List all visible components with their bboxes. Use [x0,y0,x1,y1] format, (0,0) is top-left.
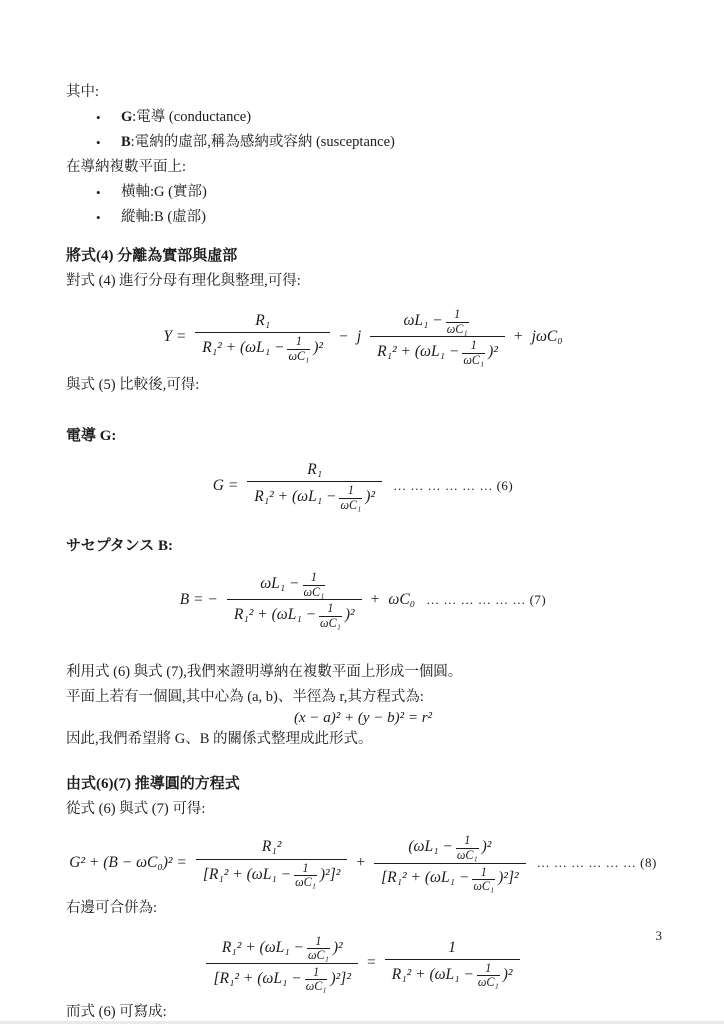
bracket-den-pre: [R₁² + (ωL₁ − [203,865,291,885]
den-post: )² [503,965,513,985]
fraction-merged-right: 1 R₁² + (ωL₁ − 1ωC₁ )² [385,937,520,990]
eq8-lhs: G² + (B − ωC₀)² = [69,854,187,872]
minus-operator: − [339,328,348,346]
num-pre: ωL₁ − [403,311,442,331]
plane-lead: 在導納複數平面上: [66,155,660,180]
definition-list: G:電導 (conductance) B:電納的虛部,稱為感納或容納 (susc… [66,105,660,155]
num-r1: R₁ [307,460,322,480]
formula-susceptance: B = − ωL₁ − 1ωC₁ R₁² + (ωL₁ − 1ωC₁ )² + … [66,569,660,630]
bracket-den-post: )²]² [498,868,519,888]
num-pre: R₁² + (ωL₁ − [222,938,304,958]
term-b: B [121,134,131,150]
document-page: 其中: G:電導 (conductance) B:電納的虛部,稱為感納或容納 (… [0,0,724,1024]
den-post: )² [345,605,355,625]
b-lhs: B = − [180,591,218,609]
heading-susceptance: サセプタンス B: [66,534,660,559]
y-lhs: Y = [163,328,186,346]
fraction-conductance: R₁ R₁² + (ωL₁ − 1ωC₁ )² [247,459,382,512]
equals-operator: = [367,954,376,972]
paren-num-post: )² [482,837,492,857]
heading-conductance: 電導 G: [66,424,660,449]
circle-intro-1: 利用式 (6) 與式 (7),我們來證明導納在複數平面上形成一個圓。 [66,660,660,685]
equation-number-8: … … … … … … (8) [537,855,657,871]
g-lhs: G = [213,477,239,495]
den-post: )² [488,342,498,362]
den-pre: R₁² + (ωL₁ − [392,965,474,985]
formula-circle: (x − a)² + (y − b)² = r² [66,710,660,727]
mini-fraction: 1ωC₁ [462,339,485,367]
formula-equation-8: G² + (B − ωC₀)² = R₁² [R₁² + (ωL₁ − 1ωC₁… [66,832,660,893]
den-pre: R₁² + (ωL₁ − [202,338,284,358]
term-g-desc: :電導 (conductance) [132,109,251,125]
plus-operator: + [514,328,523,346]
bullet-susceptance: B:電納的虛部,稱為感納或容納 (susceptance) [66,130,660,155]
fraction-imaginary-part: ωL₁ − 1ωC₁ R₁² + (ωL₁ − 1ωC₁ )² [370,306,505,367]
intro-lead: 其中: [66,80,660,105]
imaginary-j: j [357,328,361,346]
b-tail: ωC₀ [388,591,415,609]
mini-fraction: 1ωC₁ [287,335,310,363]
num-pre: ωL₁ − [260,574,299,594]
derive-body: 從式 (6) 與式 (7) 可得: [66,797,660,822]
paren-num-pre: (ωL₁ − [408,837,452,857]
formula-conductance: G = R₁ R₁² + (ωL₁ − 1ωC₁ )² … … … … … … … [66,459,660,512]
mini-fraction: 1ωC₁ [456,834,479,862]
bullet-conductance: G:電導 (conductance) [66,105,660,130]
mini-fraction: 1ωC₁ [303,571,326,599]
mini-fraction: 1ωC₁ [305,966,328,994]
term-g: G [121,109,132,125]
axis-list: 橫軸:G (實部) 縱軸:B (虛部) [66,180,660,230]
mini-fraction: 1ωC₁ [477,962,500,990]
den-pre: R₁² + (ωL₁ − [234,605,316,625]
num-r1-squared: R₁² [262,837,282,857]
bullet-vertical-axis: 縱軸:B (虛部) [66,205,660,230]
heading-derive: 由式(6)(7) 推導圓的方程式 [66,772,660,797]
num-one: 1 [448,938,456,958]
mini-fraction: 1ωC₁ [446,308,469,336]
den-pre: R₁² + (ωL₁ − [377,342,459,362]
merge-intro: 右邊可合併為: [66,896,660,921]
term-b-desc: :電納的虛部,稱為感納或容納 (susceptance) [131,134,395,150]
den-post: )² [313,338,323,358]
formula-merged: R₁² + (ωL₁ − 1ωC₁ )² [R₁² + (ωL₁ − 1ωC₁ … [66,933,660,994]
separate-body: 對式 (4) 進行分母有理化與整理,可得: [66,269,660,294]
mini-fraction: 1ωC₁ [472,866,495,894]
plus-operator: + [356,854,365,872]
num-r1: R₁ [255,311,270,331]
y-tail: jωC₀ [532,328,563,346]
fraction-real-part: R₁ R₁² + (ωL₁ − 1ωC₁ )² [195,310,330,363]
mini-fraction: 1ωC₁ [319,602,342,630]
fraction-susceptance: ωL₁ − 1ωC₁ R₁² + (ωL₁ − 1ωC₁ )² [227,569,362,630]
num-post: )² [333,938,343,958]
fraction-merged-left: R₁² + (ωL₁ − 1ωC₁ )² [R₁² + (ωL₁ − 1ωC₁ … [206,933,358,994]
bracket-den-post: )²]² [330,969,351,989]
mini-fraction: 1ωC₁ [307,935,330,963]
bullet-horizontal-axis: 橫軸:G (實部) [66,180,660,205]
page-number: 3 [656,928,663,944]
fraction-eq8-second: (ωL₁ − 1ωC₁ )² [R₁² + (ωL₁ − 1ωC₁ )²]² [374,832,526,893]
mini-fraction: 1ωC₁ [339,484,362,512]
fraction-eq8-first: R₁² [R₁² + (ωL₁ − 1ωC₁ )²]² [196,836,348,889]
heading-separate: 將式(4) 分離為實部與虛部 [66,244,660,269]
plus-operator: + [371,591,380,609]
den-pre: R₁² + (ωL₁ − [254,487,336,507]
den-post: )² [365,487,375,507]
compare-body: 與式 (5) 比較後,可得: [66,373,660,398]
bracket-den-pre: [R₁² + (ωL₁ − [381,868,469,888]
equation-number-6: … … … … … … (6) [393,478,513,494]
circle-intro-2: 平面上若有一個圓,其中心為 (a, b)、半徑為 r,其方程式為: [66,685,660,710]
bracket-den-post: )²]² [320,865,341,885]
formula-admittance: Y = R₁ R₁² + (ωL₁ − 1ωC₁ )² − j ωL₁ − 1ω… [66,306,660,367]
circle-equation: (x − a)² + (y − b)² = r² [294,710,432,727]
bracket-den-pre: [R₁² + (ωL₁ − [213,969,301,989]
circle-outro: 因此,我們希望將 G、B 的關係式整理成此形式。 [66,727,660,752]
equation-number-7: … … … … … … (7) [426,592,546,608]
mini-fraction: 1ωC₁ [294,862,317,890]
